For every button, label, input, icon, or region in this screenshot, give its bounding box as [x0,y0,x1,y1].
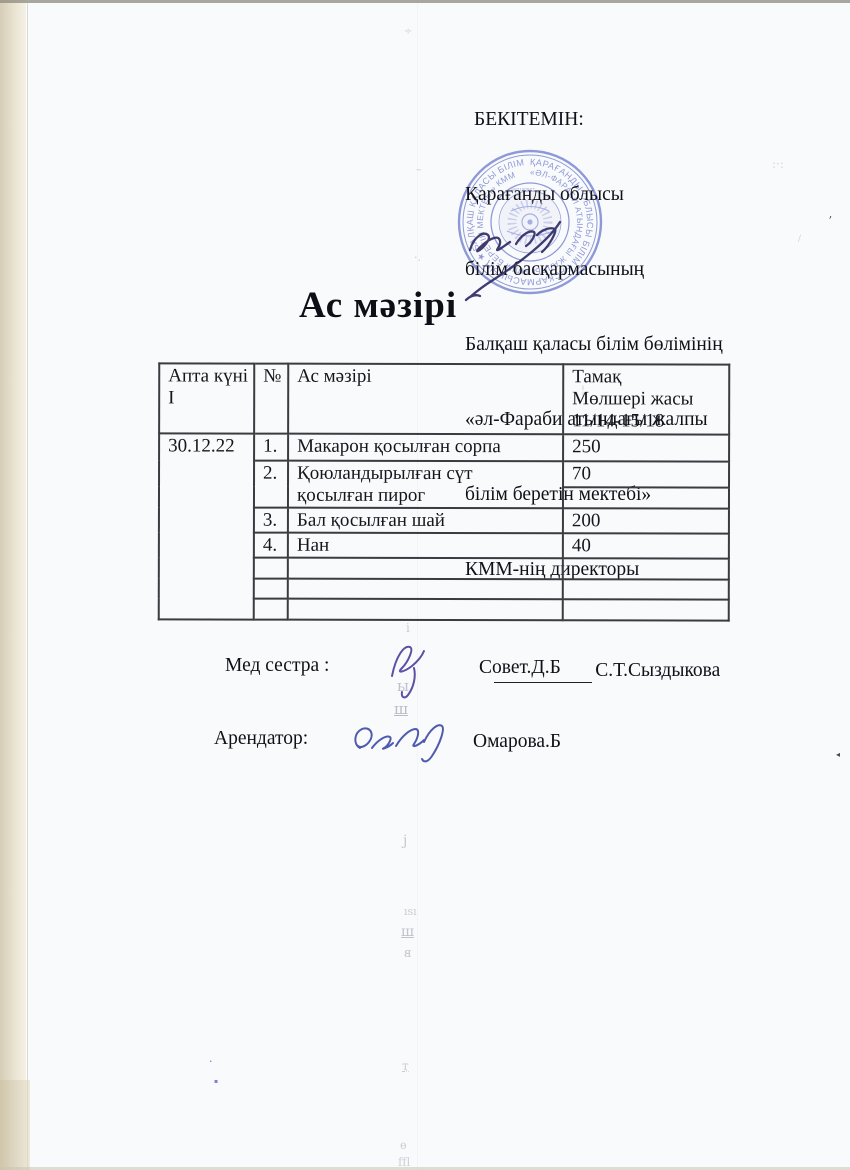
artifact-mark: ◂ [836,750,840,759]
artifact-mark: ∕ [798,234,801,244]
cell-dish: Қоюландырылған сүт қосылған пирог [288,461,563,509]
cell-dish: Макарон қосылған сорпа [288,434,563,462]
arendator-name: Омарова.Б [473,731,561,753]
med-sestra-label: Мед сестра : [225,655,329,677]
arendator-signature [355,725,443,761]
menu-table: Апта күні I № Ас мәзірі Тамақ Мөлшері жа… [158,362,731,621]
scan-edge-left [0,0,26,1170]
artifact-mark: · [209,1055,213,1068]
artifact-mark: :·: [772,157,784,171]
cell-amount [563,599,729,620]
cell-no: 2. [254,461,288,508]
header-portion: Тамақ Мөлшері жасы 11/14-15/18 [563,364,729,434]
artifact-mark: в [404,946,411,961]
approval-line: білім басқармасының [465,257,723,282]
cell-amount-empty [563,487,729,508]
document-title: Ас мәзірі [299,284,457,327]
cell-dish [288,599,563,621]
artifact-mark: ҭ [402,1059,409,1073]
med-sestra-signature [392,647,424,698]
cell-no [254,579,288,599]
scan-corner-bottom-left [0,1080,30,1170]
artifact-mark: ▪ [214,1078,218,1085]
artifact-mark: ш [394,700,408,718]
cell-amount [563,579,729,599]
director-name: С.Т.Сыздыкова [595,660,720,681]
artifact-mark: ѳ [400,1138,407,1152]
approval-line: Балқаш қаласы білім бөлімінің [465,332,723,357]
cell-amount: 40 [563,533,729,558]
artifact-mark: ÷ [404,26,412,37]
approval-line: БЕКІТЕМІН: [465,107,723,132]
paper-edge-line [27,3,28,1170]
cell-amount: 250 [563,434,729,461]
table-header-row: Апта күні I № Ас мәзірі Тамақ Мөлшері жа… [159,363,729,434]
cell-amount [563,558,729,579]
cell-no [254,599,288,620]
cell-dish [288,579,563,600]
artifact-mark: ш [401,924,414,940]
scan-edge-top [0,0,850,3]
cell-amount: 70 [563,461,729,487]
menu-table-wrapper: Апта күні I № Ас мәзірі Тамақ Мөлшері жа… [158,362,731,621]
cell-dish: Нан [288,533,563,559]
artifact-mark: i [406,621,410,635]
scanned-document-page: ҚАРАҒАНДЫ ОБЛЫСЫ БІЛІМ БАСҚАРМАСЫНЫҢ ★ Б… [0,0,850,1170]
artifact-mark: ј [403,833,407,849]
cell-no: 3. [254,508,288,533]
header-weekday: Апта күні I [159,363,254,433]
cell-date: 30.12.22 [159,433,254,619]
arendator-label: Арендатор: [214,728,308,750]
approval-line: Қарағанды облысы [465,182,723,207]
cell-no [254,558,288,579]
cell-amount: 200 [563,508,729,533]
table-row: 30.12.22 1. Макарон қосылған сорпа 250 [159,433,729,461]
cell-no: 1. [254,434,288,461]
artifact-mark: ʼ [828,214,832,228]
header-number: № [254,364,288,434]
artifact-mark: ы [397,677,409,695]
med-sestra-name: Совет.Д.Б [479,657,561,679]
header-menu: Ас мәзірі [288,364,563,435]
cell-no: 4. [254,533,288,558]
cell-dish: Бал қосылған шай [288,508,563,534]
artifact-mark: ısı [404,905,417,918]
cell-dish [288,558,563,580]
